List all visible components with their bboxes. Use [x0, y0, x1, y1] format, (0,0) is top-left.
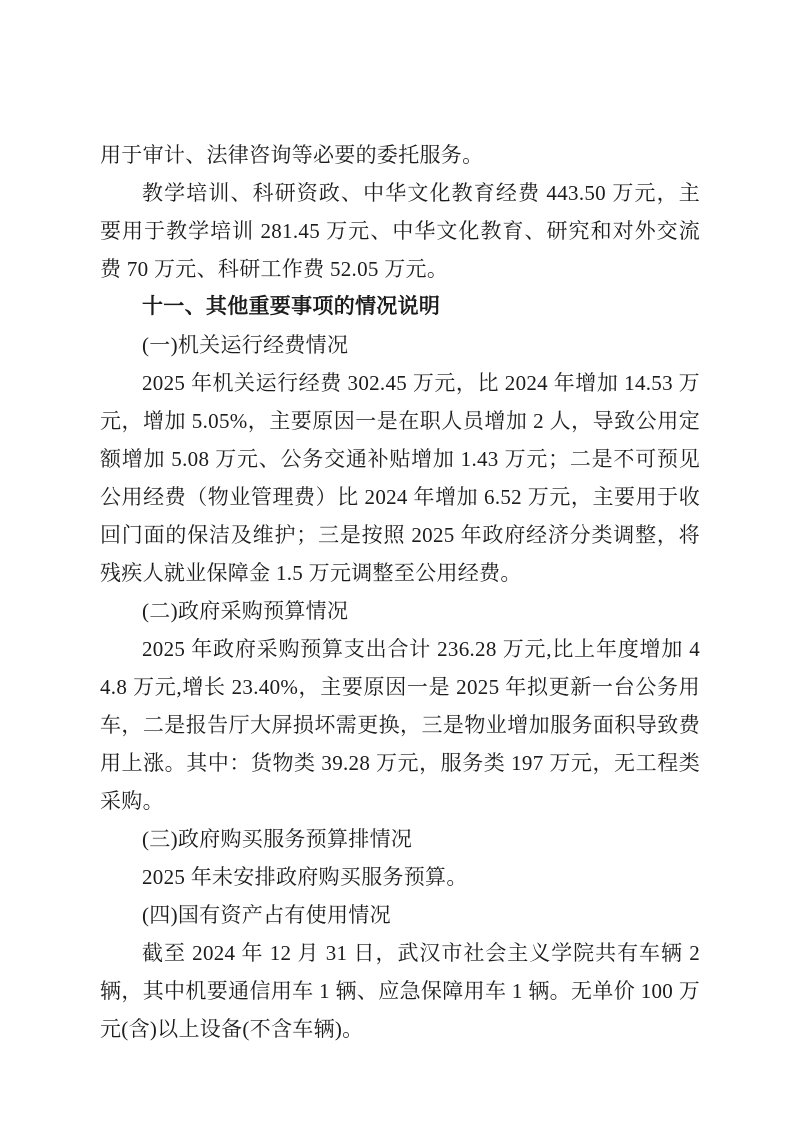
document-page: 用于审计、法律咨询等必要的委托服务。 教学培训、科研资政、中华文化教育经费 44…: [0, 0, 794, 1122]
paragraph-government-procurement-budget: 2025 年政府采购预算支出合计 236.28 万元,比上年度增加 44.8 万…: [100, 630, 700, 820]
subheading-government-procurement-budget: (二)政府采购预算情况: [100, 592, 700, 630]
paragraph-state-owned-assets: 截至 2024 年 12 月 31 日，武汉市社会主义学院共有车辆 2 辆，其中…: [100, 934, 700, 1048]
paragraph-agency-operating-expenses: 2025 年机关运行经费 302.45 万元，比 2024 年增加 14.53 …: [100, 364, 700, 592]
heading-section-eleven-other-important-matters: 十一、其他重要事项的情况说明: [100, 288, 700, 326]
paragraph-audit-services-continuation: 用于审计、法律咨询等必要的委托服务。: [100, 136, 700, 174]
paragraph-teaching-training-funds: 教学培训、科研资政、中华文化教育经费 443.50 万元，主要用于教学培训 28…: [100, 174, 700, 288]
subheading-government-purchased-services: (三)政府购买服务预算排情况: [100, 820, 700, 858]
paragraph-government-purchased-services: 2025 年未安排政府购买服务预算。: [100, 858, 700, 896]
subheading-state-owned-assets: (四)国有资产占有使用情况: [100, 896, 700, 934]
subheading-agency-operating-expenses: (一)机关运行经费情况: [100, 326, 700, 364]
